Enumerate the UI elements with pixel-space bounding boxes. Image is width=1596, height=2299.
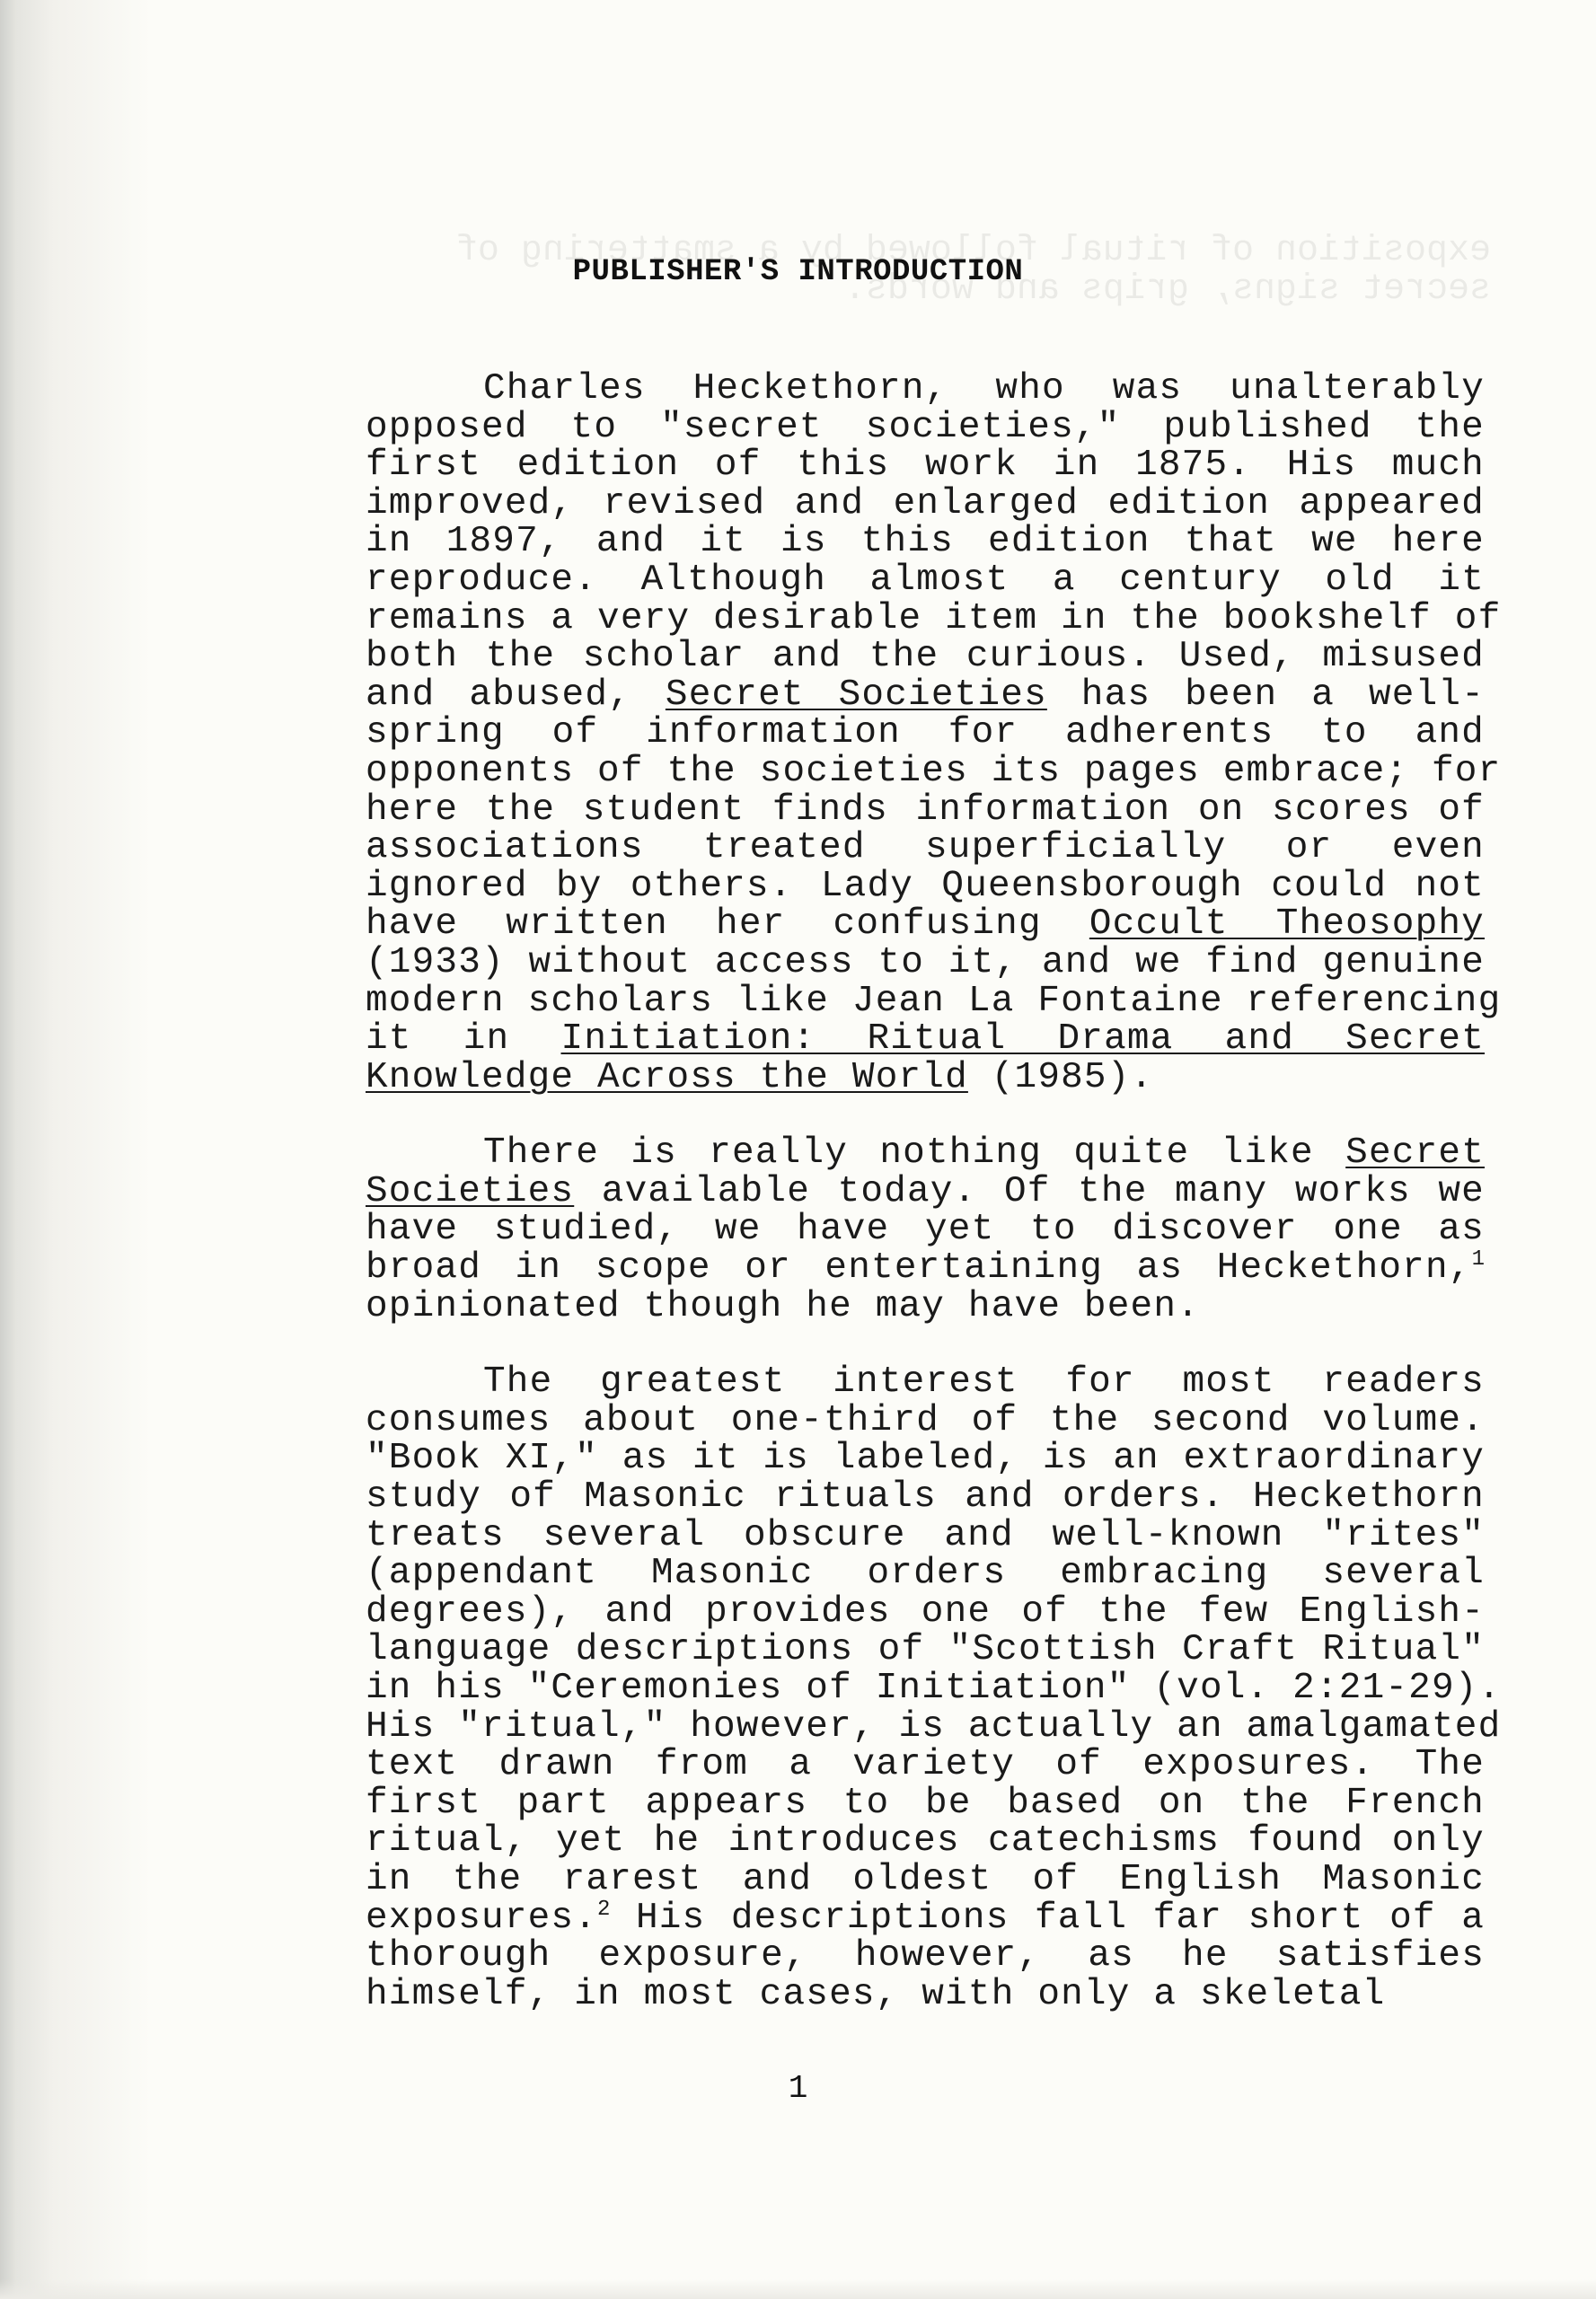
page-bottom-edge	[0, 2279, 1596, 2299]
text-line: degrees), and provides one of the few En…	[366, 1593, 1485, 1632]
text-run: language descriptions of "Scottish Craft…	[366, 1629, 1485, 1670]
text-run: (1933) without access to it, and we find…	[366, 942, 1485, 983]
text-line: Knowledge Across the World (1985).	[366, 1059, 1485, 1097]
text-line: opinionated though he may have been.	[366, 1288, 1485, 1326]
text-run: both the scholar and the curious. Used, …	[366, 636, 1485, 677]
text-line: (appendant Masonic orders embracing seve…	[366, 1555, 1485, 1593]
text-run: treats several obscure and well-known "r…	[366, 1515, 1485, 1556]
text-run: remains a very desirable item in the boo…	[366, 598, 1501, 639]
text-run: (1985).	[968, 1057, 1153, 1098]
text-run: improved, revised and enlarged edition a…	[366, 483, 1485, 524]
text-line: There is really nothing quite like Secre…	[366, 1134, 1485, 1173]
book-title: Secret	[1345, 1132, 1485, 1174]
text-run: broad in scope or entertaining as Hecket…	[366, 1247, 1472, 1289]
text-line: remains a very desirable item in the boo…	[366, 600, 1485, 639]
text-run: first part appears to be based on the Fr…	[366, 1783, 1485, 1824]
text-run: study of Masonic rituals and orders. Hec…	[366, 1476, 1485, 1518]
text-run: modern scholars like Jean La Fontaine re…	[366, 981, 1501, 1022]
text-line: ignored by others. Lady Queensborough co…	[366, 868, 1485, 906]
text-line: The greatest interest for most readers	[366, 1363, 1485, 1402]
text-line: opposed to "secret societies," published…	[366, 409, 1485, 447]
text-line: first edition of this work in 1875. His …	[366, 446, 1485, 485]
text-line: and abused, Secret Societies has been a …	[366, 676, 1485, 715]
text-line: have studied, we have yet to discover on…	[366, 1211, 1485, 1249]
book-title: Secret Societies	[666, 674, 1047, 716]
text-run: available today. Of the many works we	[574, 1171, 1485, 1212]
text-line: associations treated superficially or ev…	[366, 829, 1485, 868]
text-line: it in Initiation: Ritual Drama and Secre…	[366, 1020, 1485, 1059]
text-line: improved, revised and enlarged edition a…	[366, 485, 1485, 524]
text-line: ritual, yet he introduces catechisms fou…	[366, 1822, 1485, 1861]
text-run: reproduce. Although almost a century old…	[366, 559, 1485, 601]
text-line: in the rarest and oldest of English Maso…	[366, 1861, 1485, 1899]
text-run: here the student finds information on sc…	[366, 789, 1485, 831]
footnote-marker: 1	[1472, 1247, 1485, 1272]
text-line: language descriptions of "Scottish Craft…	[366, 1631, 1485, 1669]
text-line: here the student finds information on sc…	[366, 791, 1485, 830]
text-line: reproduce. Although almost a century old…	[366, 561, 1485, 600]
text-run: in his "Ceremonies of Initiation" (vol. …	[366, 1668, 1501, 1709]
text-line: in his "Ceremonies of Initiation" (vol. …	[366, 1669, 1485, 1708]
book-title: Societies	[366, 1171, 574, 1212]
text-run: consumes about one-third of the second v…	[366, 1400, 1485, 1441]
text-line: Charles Heckethorn, who was unalterably	[366, 370, 1485, 409]
text-run: it in	[366, 1018, 561, 1060]
text-run: opposed to "secret societies," published…	[366, 407, 1485, 448]
text-line: have written her confusing Occult Theoso…	[366, 905, 1485, 944]
book-title: Knowledge Across the World	[366, 1057, 968, 1098]
book-title: Initiation: Ritual Drama and Secret	[561, 1018, 1486, 1060]
text-line: (1933) without access to it, and we find…	[366, 944, 1485, 982]
text-line: exposures.2 His descriptions fall far sh…	[366, 1899, 1485, 1938]
text-run: in the rarest and oldest of English Maso…	[366, 1859, 1485, 1900]
paragraph: The greatest interest for most readersco…	[366, 1363, 1485, 2013]
text-line: treats several obscure and well-known "r…	[366, 1517, 1485, 1555]
page-edge-shadow	[0, 0, 153, 2299]
text-line: spring of information for adherents to a…	[366, 714, 1485, 753]
text-line: study of Masonic rituals and orders. Hec…	[366, 1478, 1485, 1517]
text-run: (appendant Masonic orders embracing seve…	[366, 1553, 1485, 1594]
text-run: There is really nothing quite like	[483, 1132, 1345, 1174]
page-title: PUBLISHER'S INTRODUCTION	[0, 255, 1596, 289]
text-run: himself, in most cases, with only a skel…	[366, 1974, 1385, 2015]
text-line: Societies available today. Of the many w…	[366, 1173, 1485, 1211]
text-run: first edition of this work in 1875. His …	[366, 445, 1485, 486]
text-line: thorough exposure, however, as he satisf…	[366, 1937, 1485, 1976]
text-line: text drawn from a variety of exposures. …	[366, 1746, 1485, 1784]
text-run: degrees), and provides one of the few En…	[366, 1591, 1485, 1633]
text-run: and abused,	[366, 674, 666, 716]
paragraph: There is really nothing quite like Secre…	[366, 1134, 1485, 1326]
text-run: "Book XI," as it is labeled, is an extra…	[366, 1438, 1485, 1479]
text-line: both the scholar and the curious. Used, …	[366, 638, 1485, 676]
text-run: ritual, yet he introduces catechisms fou…	[366, 1820, 1485, 1862]
text-run: has been a well-	[1047, 674, 1485, 716]
text-line: opponents of the societies its pages emb…	[366, 753, 1485, 791]
text-run: Charles Heckethorn, who was unalterably	[483, 368, 1485, 410]
text-run: opinionated though he may have been.	[366, 1286, 1200, 1327]
body-text: Charles Heckethorn, who was unalterablyo…	[366, 370, 1485, 2013]
text-line: himself, in most cases, with only a skel…	[366, 1976, 1485, 2014]
text-run: His "ritual," however, is actually an am…	[366, 1706, 1501, 1748]
text-line: broad in scope or entertaining as Hecket…	[366, 1249, 1485, 1288]
text-run: associations treated superficially or ev…	[366, 827, 1485, 868]
text-run: text drawn from a variety of exposures. …	[366, 1744, 1485, 1785]
text-line: first part appears to be based on the Fr…	[366, 1784, 1485, 1823]
text-run: exposures.	[366, 1898, 597, 1939]
page-number: 1	[0, 2070, 1596, 2107]
text-line: His "ritual," however, is actually an am…	[366, 1708, 1485, 1747]
text-run: ignored by others. Lady Queensborough co…	[366, 866, 1485, 907]
text-run: spring of information for adherents to a…	[366, 712, 1485, 753]
text-run: The greatest interest for most readers	[483, 1361, 1485, 1403]
text-line: in 1897, and it is this edition that we …	[366, 523, 1485, 561]
text-run: opponents of the societies its pages emb…	[366, 751, 1501, 792]
text-run: in 1897, and it is this edition that we …	[366, 521, 1485, 562]
text-run: have written her confusing	[366, 903, 1089, 945]
book-title: Occult Theosophy	[1089, 903, 1485, 945]
text-line: "Book XI," as it is labeled, is an extra…	[366, 1440, 1485, 1478]
text-run: have studied, we have yet to discover on…	[366, 1209, 1485, 1250]
footnote-marker: 2	[597, 1898, 610, 1922]
text-line: modern scholars like Jean La Fontaine re…	[366, 982, 1485, 1021]
text-run: thorough exposure, however, as he satisf…	[366, 1935, 1485, 1977]
text-run: His descriptions fall far short of a	[610, 1898, 1485, 1939]
paragraph: Charles Heckethorn, who was unalterablyo…	[366, 370, 1485, 1097]
text-line: consumes about one-third of the second v…	[366, 1402, 1485, 1440]
